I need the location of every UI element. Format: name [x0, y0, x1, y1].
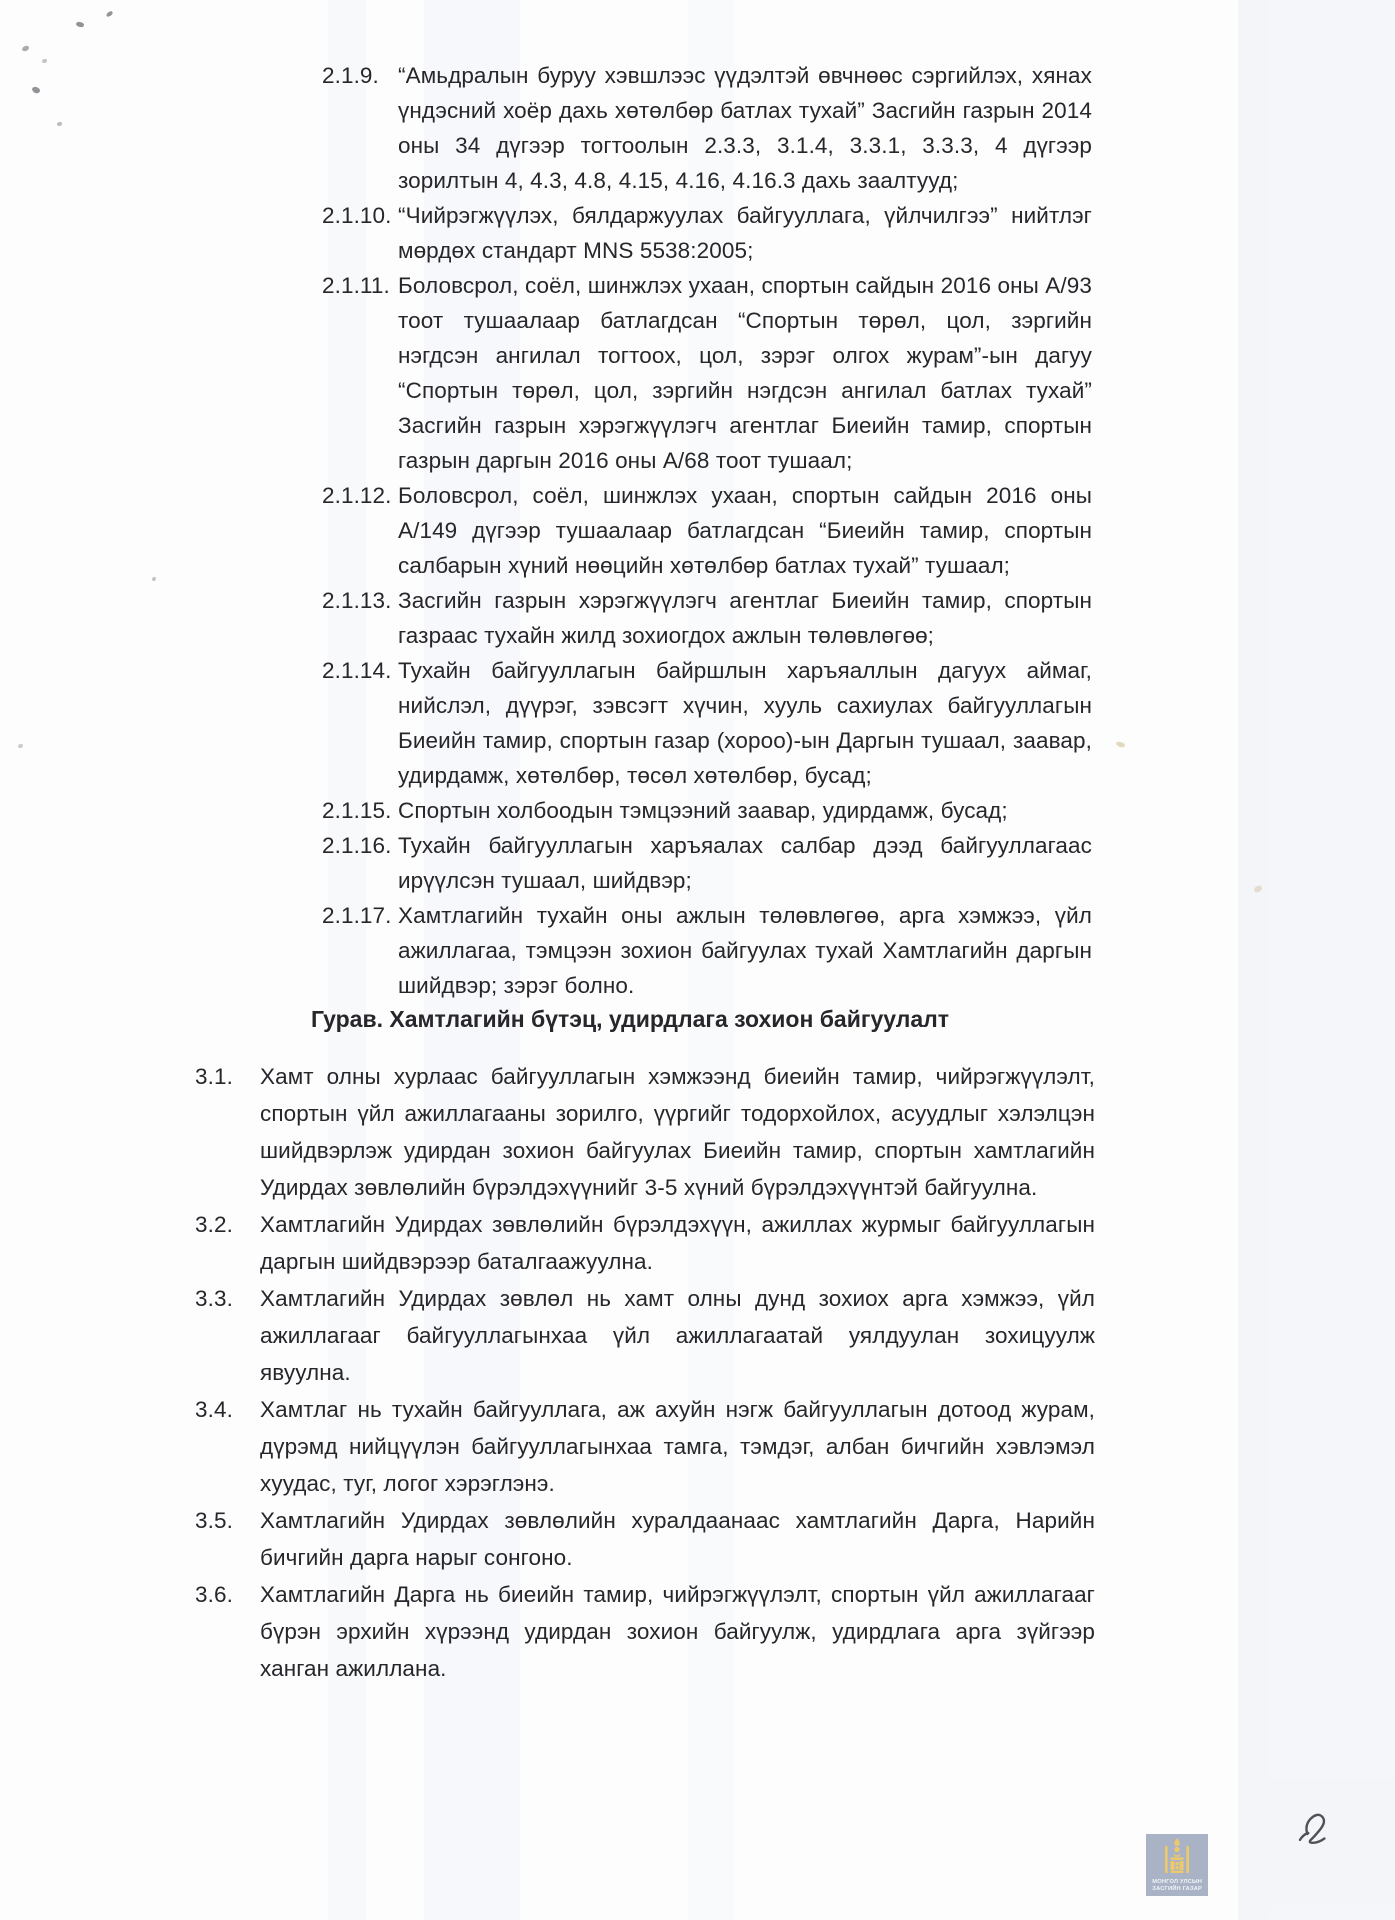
- item-text: “Амьдралын буруу хэвшлээс үүдэлтэй өвчнө…: [398, 63, 1092, 193]
- doc-item-2-1-14: 2.1.14. Тухайн байгууллагын байршлын хар…: [322, 653, 1092, 793]
- item-number: 2.1.9.: [322, 58, 379, 93]
- item-text: Хамтлаг нь тухайн байгууллага, аж ахуйн …: [260, 1397, 1095, 1496]
- doc-item-2-1-12: 2.1.12. Боловсрол, соёл, шинжлэх ухаан, …: [322, 478, 1092, 583]
- item-number: 3.3.: [195, 1280, 233, 1317]
- scan-speck: [18, 744, 23, 748]
- item-number: 2.1.16.: [322, 828, 392, 863]
- scan-speck: [152, 577, 156, 581]
- scan-speck: [21, 45, 29, 52]
- doc-item-3-1: 3.1. Хамт олны хурлаас байгууллагын хэмж…: [165, 1058, 1095, 1206]
- item-text: Хамтлагийн Удирдах зөвлөлийн бүрэлдэхүүн…: [260, 1212, 1095, 1274]
- doc-item-3-4: 3.4. Хамтлаг нь тухайн байгууллага, аж а…: [165, 1391, 1095, 1502]
- item-number: 2.1.12.: [322, 478, 392, 513]
- item-number: 2.1.10.: [322, 198, 392, 233]
- item-number: 3.6.: [195, 1576, 233, 1613]
- scan-speck: [1115, 740, 1125, 748]
- doc-item-2-1-17: 2.1.17. Хамтлагийн тухайн оны ажлын төлө…: [322, 898, 1092, 1003]
- doc-item-2-1-15: 2.1.15. Спортын холбоодын тэмцээний заав…: [322, 793, 1092, 828]
- item-text: Хамтлагийн Дарга нь биеийн тамир, чийрэг…: [260, 1582, 1095, 1681]
- item-number: 2.1.17.: [322, 898, 392, 933]
- item-text: “Чийрэгжүүлэх, бялдаржуулах байгууллага,…: [398, 203, 1092, 263]
- doc-item-3-5: 3.5. Хамтлагийн Удирдах зөвлөлийн хуралд…: [165, 1502, 1095, 1576]
- logo-text-line: МОНГОЛ УЛСЫН: [1152, 1879, 1202, 1886]
- item-number: 2.1.14.: [322, 653, 392, 688]
- handwritten-page-number: [1292, 1806, 1342, 1855]
- scan-speck: [42, 59, 47, 63]
- item-text: Хамтлагийн Удирдах зөвлөлийн хуралдаанаа…: [260, 1508, 1095, 1570]
- item-number: 3.1.: [195, 1058, 233, 1095]
- doc-item-2-1-11: 2.1.11. Боловсрол, соёл, шинжлэх ухаан, …: [322, 268, 1092, 478]
- item-text: Хамтлагийн Удирдах зөвлөл нь хамт олны д…: [260, 1286, 1095, 1385]
- doc-item-2-1-13: 2.1.13. Засгийн газрын хэрэгжүүлэгч аген…: [322, 583, 1092, 653]
- government-logo-stamp: МОНГОЛ УЛСЫН ЗАСГИЙН ГАЗАР: [1146, 1834, 1208, 1896]
- item-number: 2.1.15.: [322, 793, 392, 828]
- item-text: Хамт олны хурлаас байгууллагын хэмжээнд …: [260, 1064, 1095, 1200]
- doc-item-3-2: 3.2. Хамтлагийн Удирдах зөвлөлийн бүрэлд…: [165, 1206, 1095, 1280]
- item-text: Хамтлагийн тухайн оны ажлын төлөвлөгөө, …: [398, 903, 1092, 998]
- scan-speck: [75, 21, 84, 28]
- document-page: 2.1.9. “Амьдралын буруу хэвшлээс үүдэлтэ…: [0, 0, 1395, 1920]
- doc-item-2-1-16: 2.1.16. Тухайн байгууллагын харъяалах са…: [322, 828, 1092, 898]
- section-heading: Гурав. Хамтлагийн бүтэц, удирдлага зохио…: [165, 1006, 1095, 1033]
- scan-speck: [31, 85, 41, 95]
- item-text: Боловсрол, соёл, шинжлэх ухаан, спортын …: [398, 273, 1092, 473]
- item-number: 2.1.11.: [322, 268, 390, 303]
- item-text: Тухайн байгууллагын байршлын харъяаллын …: [398, 658, 1092, 788]
- soyombo-icon: [1164, 1838, 1190, 1874]
- doc-item-2-1-9: 2.1.9. “Амьдралын буруу хэвшлээс үүдэлтэ…: [322, 58, 1092, 198]
- logo-text-line: ЗАСГИЙН ГАЗАР: [1152, 1886, 1202, 1893]
- scan-speck: [57, 122, 62, 126]
- item-number: 2.1.13.: [322, 583, 392, 618]
- doc-item-2-1-10: 2.1.10. “Чийрэгжүүлэх, бялдаржуулах байг…: [322, 198, 1092, 268]
- item-text: Засгийн газрын хэрэгжүүлэгч агентлаг Бие…: [398, 588, 1092, 648]
- item-text: Боловсрол, соёл, шинжлэх ухаан, спортын …: [398, 483, 1092, 578]
- scan-speck: [105, 11, 113, 18]
- paper-streak: [1238, 0, 1395, 1920]
- doc-item-3-6: 3.6. Хамтлагийн Дарга нь биеийн тамир, ч…: [165, 1576, 1095, 1687]
- doc-item-3-3: 3.3. Хамтлагийн Удирдах зөвлөл нь хамт о…: [165, 1280, 1095, 1391]
- section-2-list: 2.1.9. “Амьдралын буруу хэвшлээс үүдэлтэ…: [322, 58, 1092, 1003]
- item-number: 3.2.: [195, 1206, 233, 1243]
- item-number: 3.5.: [195, 1502, 233, 1539]
- item-text: Тухайн байгууллагын харъяалах салбар дээ…: [398, 833, 1092, 893]
- item-text: Спортын холбоодын тэмцээний заавар, удир…: [398, 798, 1008, 823]
- section-3-list: 3.1. Хамт олны хурлаас байгууллагын хэмж…: [165, 1058, 1095, 1687]
- scan-speck: [1253, 885, 1263, 893]
- item-number: 3.4.: [195, 1391, 233, 1428]
